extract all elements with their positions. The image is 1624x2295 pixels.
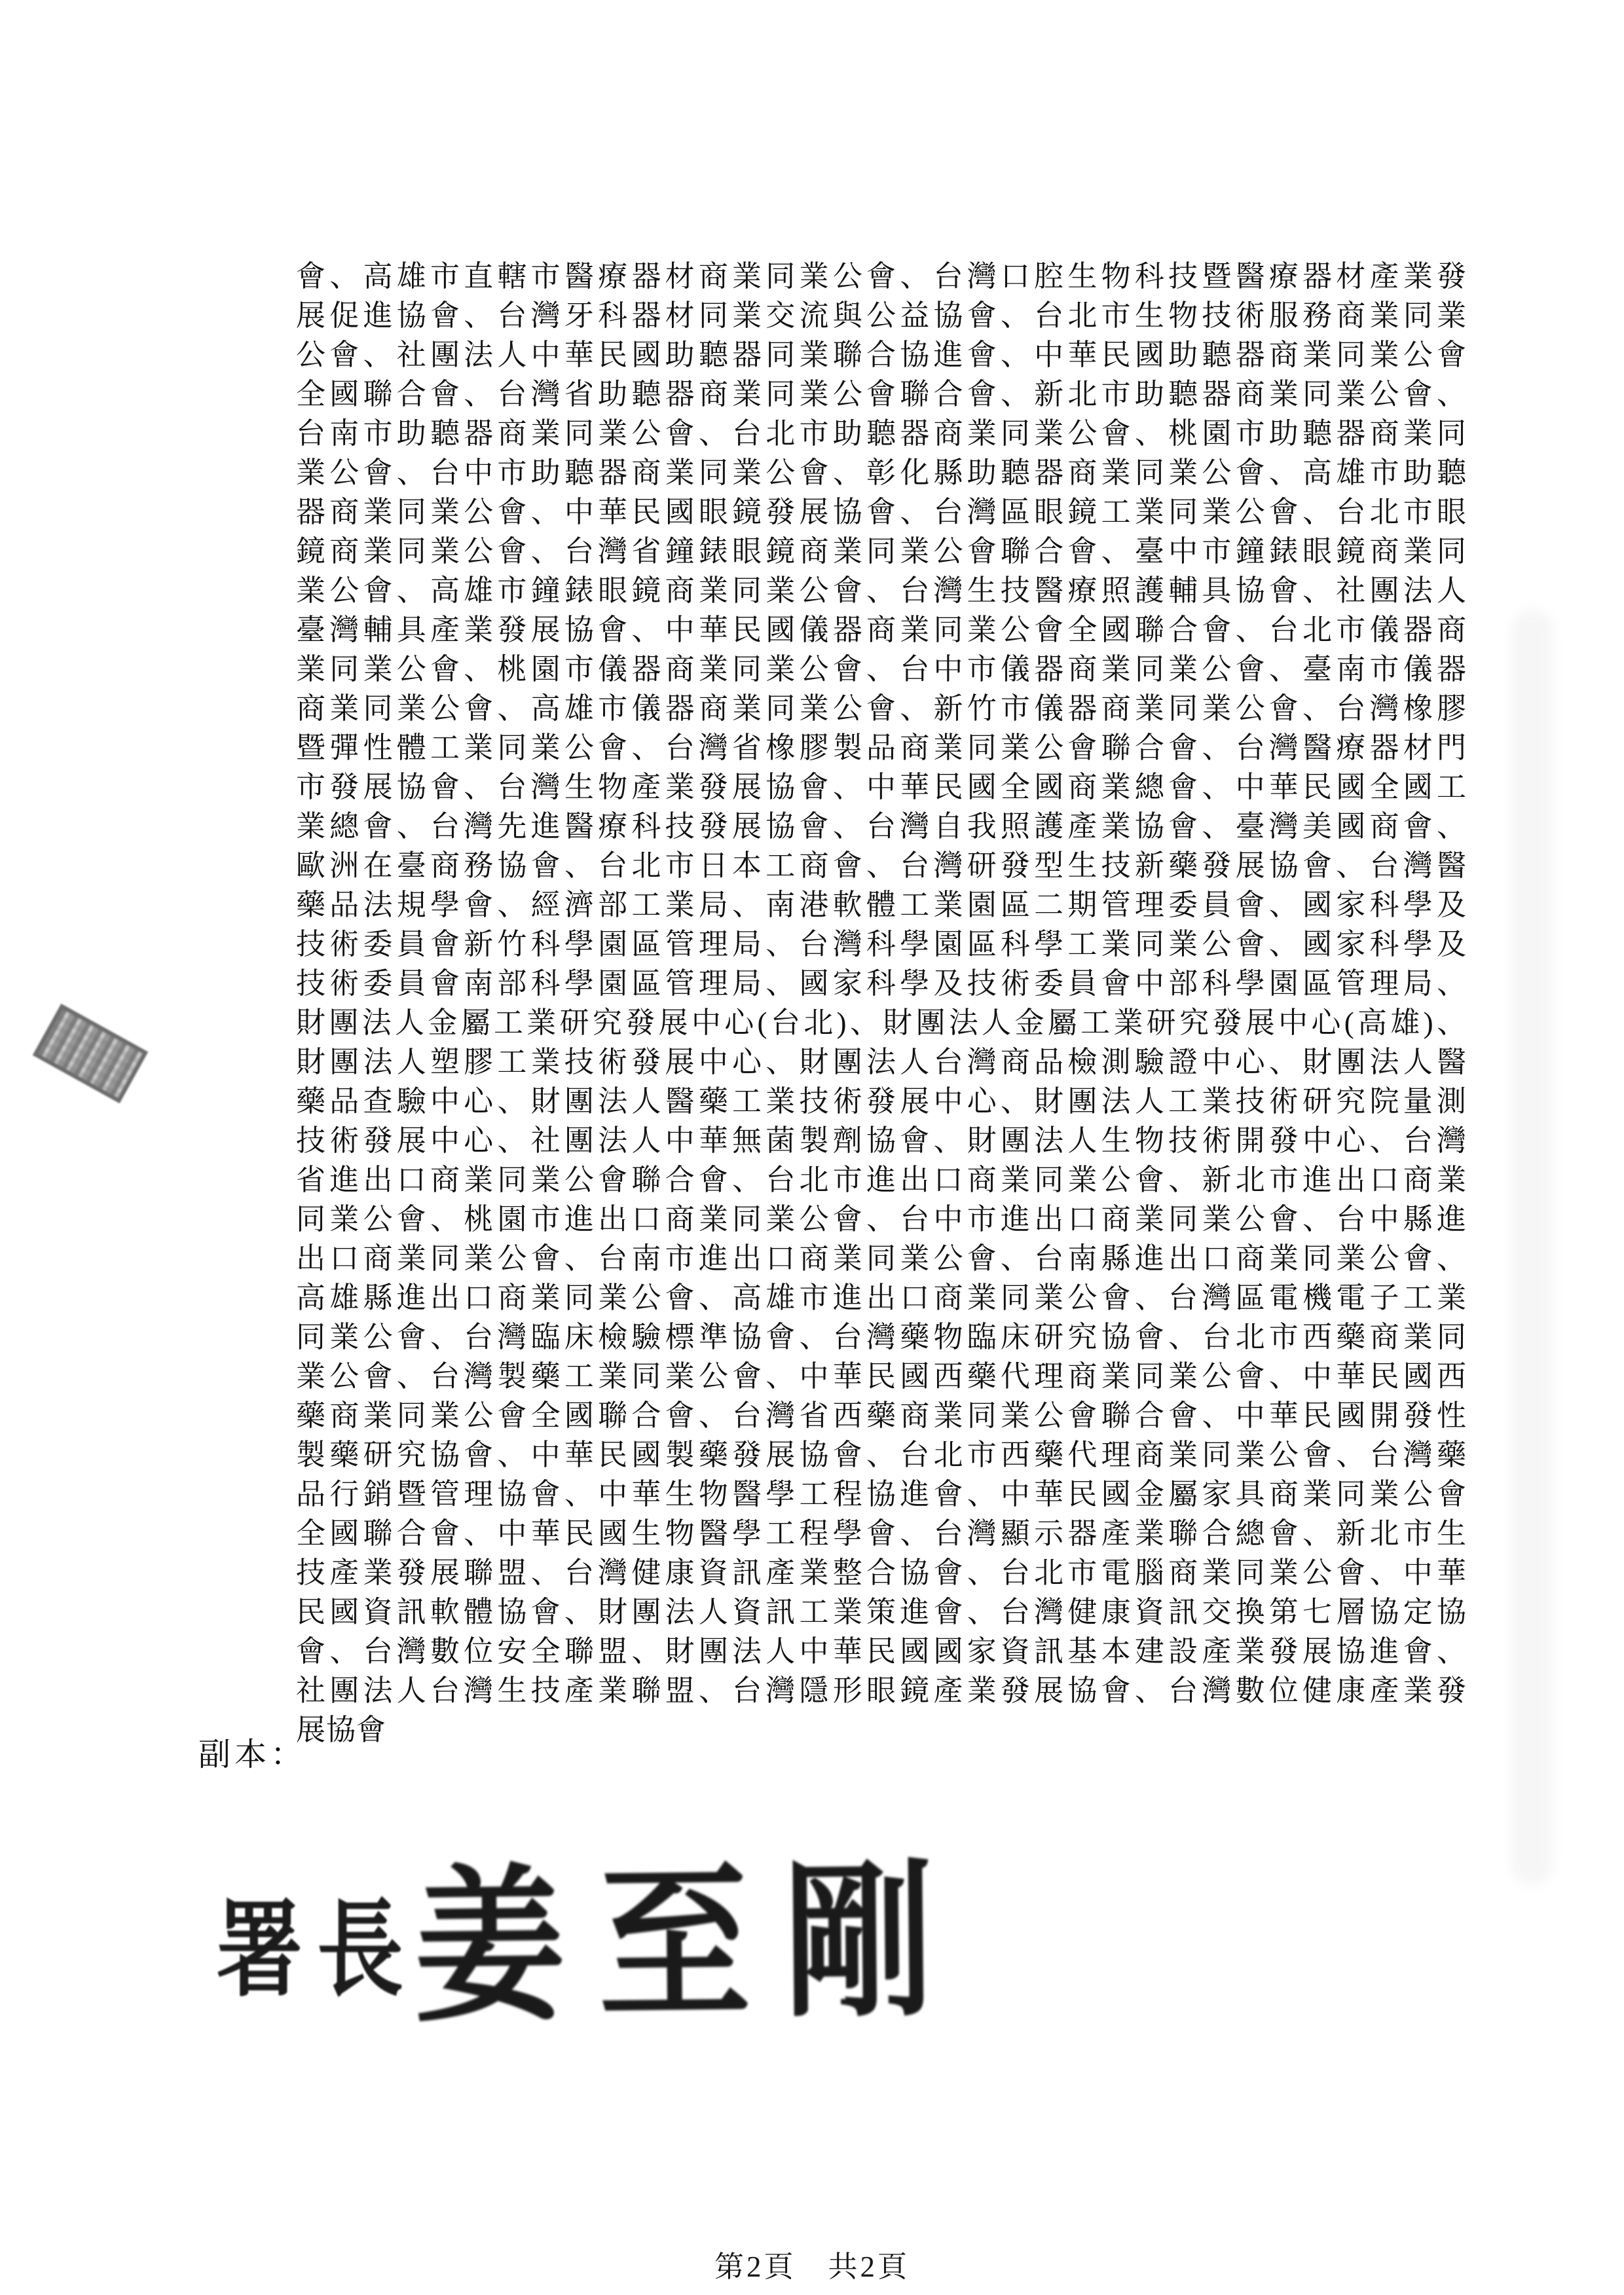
signature-block: 署長 姜至剛 xyxy=(216,1814,1035,2030)
seal-stamp-icon xyxy=(33,1004,149,1103)
text-line: 全國聯合會、中華民國生物醫學工程學會、台灣顯示器產業聯合總會、新北市生 xyxy=(296,1514,1467,1553)
text-line: 技產業發展聯盟、台灣健康資訊產業整合協會、台北市電腦商業同業公會、中華 xyxy=(296,1553,1467,1592)
text-line: 業公會、台中市助聽器商業同業公會、彰化縣助聽器商業同業公會、高雄市助聽 xyxy=(296,453,1467,492)
signature-title: 署長 xyxy=(216,1865,418,2017)
recipient-organization-list: 會、高雄市直轄市醫療器材商業同業公會、台灣口腔生物科技暨醫療器材產業發展促進協會… xyxy=(296,257,1467,1750)
text-line: 財團法人金屬工業研究發展中心(台北)、財團法人金屬工業研究發展中心(高雄)、 xyxy=(296,1003,1467,1042)
text-line: 商業同業公會、高雄市儀器商業同業公會、新竹市儀器商業同業公會、台灣橡膠 xyxy=(296,689,1467,728)
text-line: 藥品法規學會、經濟部工業局、南港軟體工業園區二期管理委員會、國家科學及 xyxy=(296,885,1467,925)
text-line: 製藥研究協會、中華民國製藥發展協會、台北市西藥代理商業同業公會、台灣藥 xyxy=(296,1435,1467,1475)
scan-shading-artifact xyxy=(1511,609,1553,1886)
text-line: 省進出口商業同業公會聯合會、台北市進出口商業同業公會、新北市進出口商業 xyxy=(296,1160,1467,1200)
text-line: 業公會、台灣製藥工業同業公會、中華民國西藥代理商業同業公會、中華民國西 xyxy=(296,1357,1467,1396)
text-line: 歐洲在臺商務協會、台北市日本工商會、台灣研發型生技新藥發展協會、台灣醫 xyxy=(296,846,1467,885)
text-line: 出口商業同業公會、台南市進出口商業同業公會、台南縣進出口商業同業公會、 xyxy=(296,1239,1467,1278)
text-line: 市發展協會、台灣生物產業發展協會、中華民國全國商業總會、中華民國全國工 xyxy=(296,767,1467,807)
text-line: 藥商業同業公會全國聯合會、台灣省西藥商業同業公會聯合會、中華民國開發性 xyxy=(296,1396,1467,1435)
scanned-document-page: 會、高雄市直轄市醫療器材商業同業公會、台灣口腔生物科技暨醫療器材產業發展促進協會… xyxy=(0,0,1624,2295)
text-line: 會、台灣數位安全聯盟、財團法人中華民國國家資訊基本建設產業發展協進會、 xyxy=(296,1632,1467,1671)
text-line: 民國資訊軟體協會、財團法人資訊工業策進會、台灣健康資訊交換第七層協定協 xyxy=(296,1592,1467,1632)
text-line: 展促進協會、台灣牙科器材同業交流與公益協會、台北市生物技術服務商業同業 xyxy=(296,296,1467,335)
text-line: 臺灣輔具產業發展協會、中華民國儀器商業同業公會全國聯合會、台北市儀器商 xyxy=(296,610,1467,650)
text-line: 全國聯合會、台灣省助聽器商業同業公會聯合會、新北市助聽器商業同業公會、 xyxy=(296,375,1467,414)
text-line: 技術委員會新竹科學園區管理局、台灣科學園區科學工業同業公會、國家科學及 xyxy=(296,925,1467,964)
text-line: 財團法人塑膠工業技術發展中心、財團法人台灣商品檢測驗證中心、財團法人醫 xyxy=(296,1042,1467,1082)
text-line: 高雄縣進出口商業同業公會、高雄市進出口商業同業公會、台灣區電機電子工業 xyxy=(296,1278,1467,1317)
page-number: 第2頁 共2頁 xyxy=(0,2243,1624,2285)
text-line: 暨彈性體工業同業公會、台灣省橡膠製品商業同業公會聯合會、台灣醫療器材門 xyxy=(296,728,1467,767)
text-line: 業公會、高雄市鐘錶眼鏡商業同業公會、台灣生技醫療照護輔具協會、社團法人 xyxy=(296,571,1467,610)
text-line: 器商業同業公會、中華民國眼鏡發展協會、台灣區眼鏡工業同業公會、台北市眼 xyxy=(296,492,1467,532)
text-line: 展協會 xyxy=(296,1710,1467,1750)
signature-name: 姜至剛 xyxy=(413,1807,969,2053)
text-line: 技術發展中心、社團法人中華無菌製劑協會、財團法人生物技術開發中心、台灣 xyxy=(296,1121,1467,1160)
copy-to-label: 副本： xyxy=(198,1736,306,1773)
text-line: 業同業公會、桃園市儀器商業同業公會、台中市儀器商業同業公會、臺南市儀器 xyxy=(296,650,1467,689)
text-line: 同業公會、桃園市進出口商業同業公會、台中市進出口商業同業公會、台中縣進 xyxy=(296,1200,1467,1239)
text-line: 公會、社團法人中華民國助聽器同業聯合協進會、中華民國助聽器商業同業公會 xyxy=(296,335,1467,375)
text-line: 業總會、台灣先進醫療科技發展協會、台灣自我照護產業協會、臺灣美國商會、 xyxy=(296,807,1467,846)
text-line: 品行銷暨管理協會、中華生物醫學工程協進會、中華民國金屬家具商業同業公會 xyxy=(296,1475,1467,1514)
text-line: 社團法人台灣生技產業聯盟、台灣隱形眼鏡產業發展協會、台灣數位健康產業發 xyxy=(296,1671,1467,1710)
text-line: 藥品查驗中心、財團法人醫藥工業技術發展中心、財團法人工業技術研究院量測 xyxy=(296,1082,1467,1121)
text-line: 同業公會、台灣臨床檢驗標準協會、台灣藥物臨床研究協會、台北市西藥商業同 xyxy=(296,1317,1467,1357)
text-line: 台南市助聽器商業同業公會、台北市助聽器商業同業公會、桃園市助聽器商業同 xyxy=(296,414,1467,453)
text-line: 鏡商業同業公會、台灣省鐘錶眼鏡商業同業公會聯合會、臺中市鐘錶眼鏡商業同 xyxy=(296,532,1467,571)
text-line: 技術委員會南部科學園區管理局、國家科學及技術委員會中部科學園區管理局、 xyxy=(296,964,1467,1003)
text-line: 會、高雄市直轄市醫療器材商業同業公會、台灣口腔生物科技暨醫療器材產業發 xyxy=(296,257,1467,296)
